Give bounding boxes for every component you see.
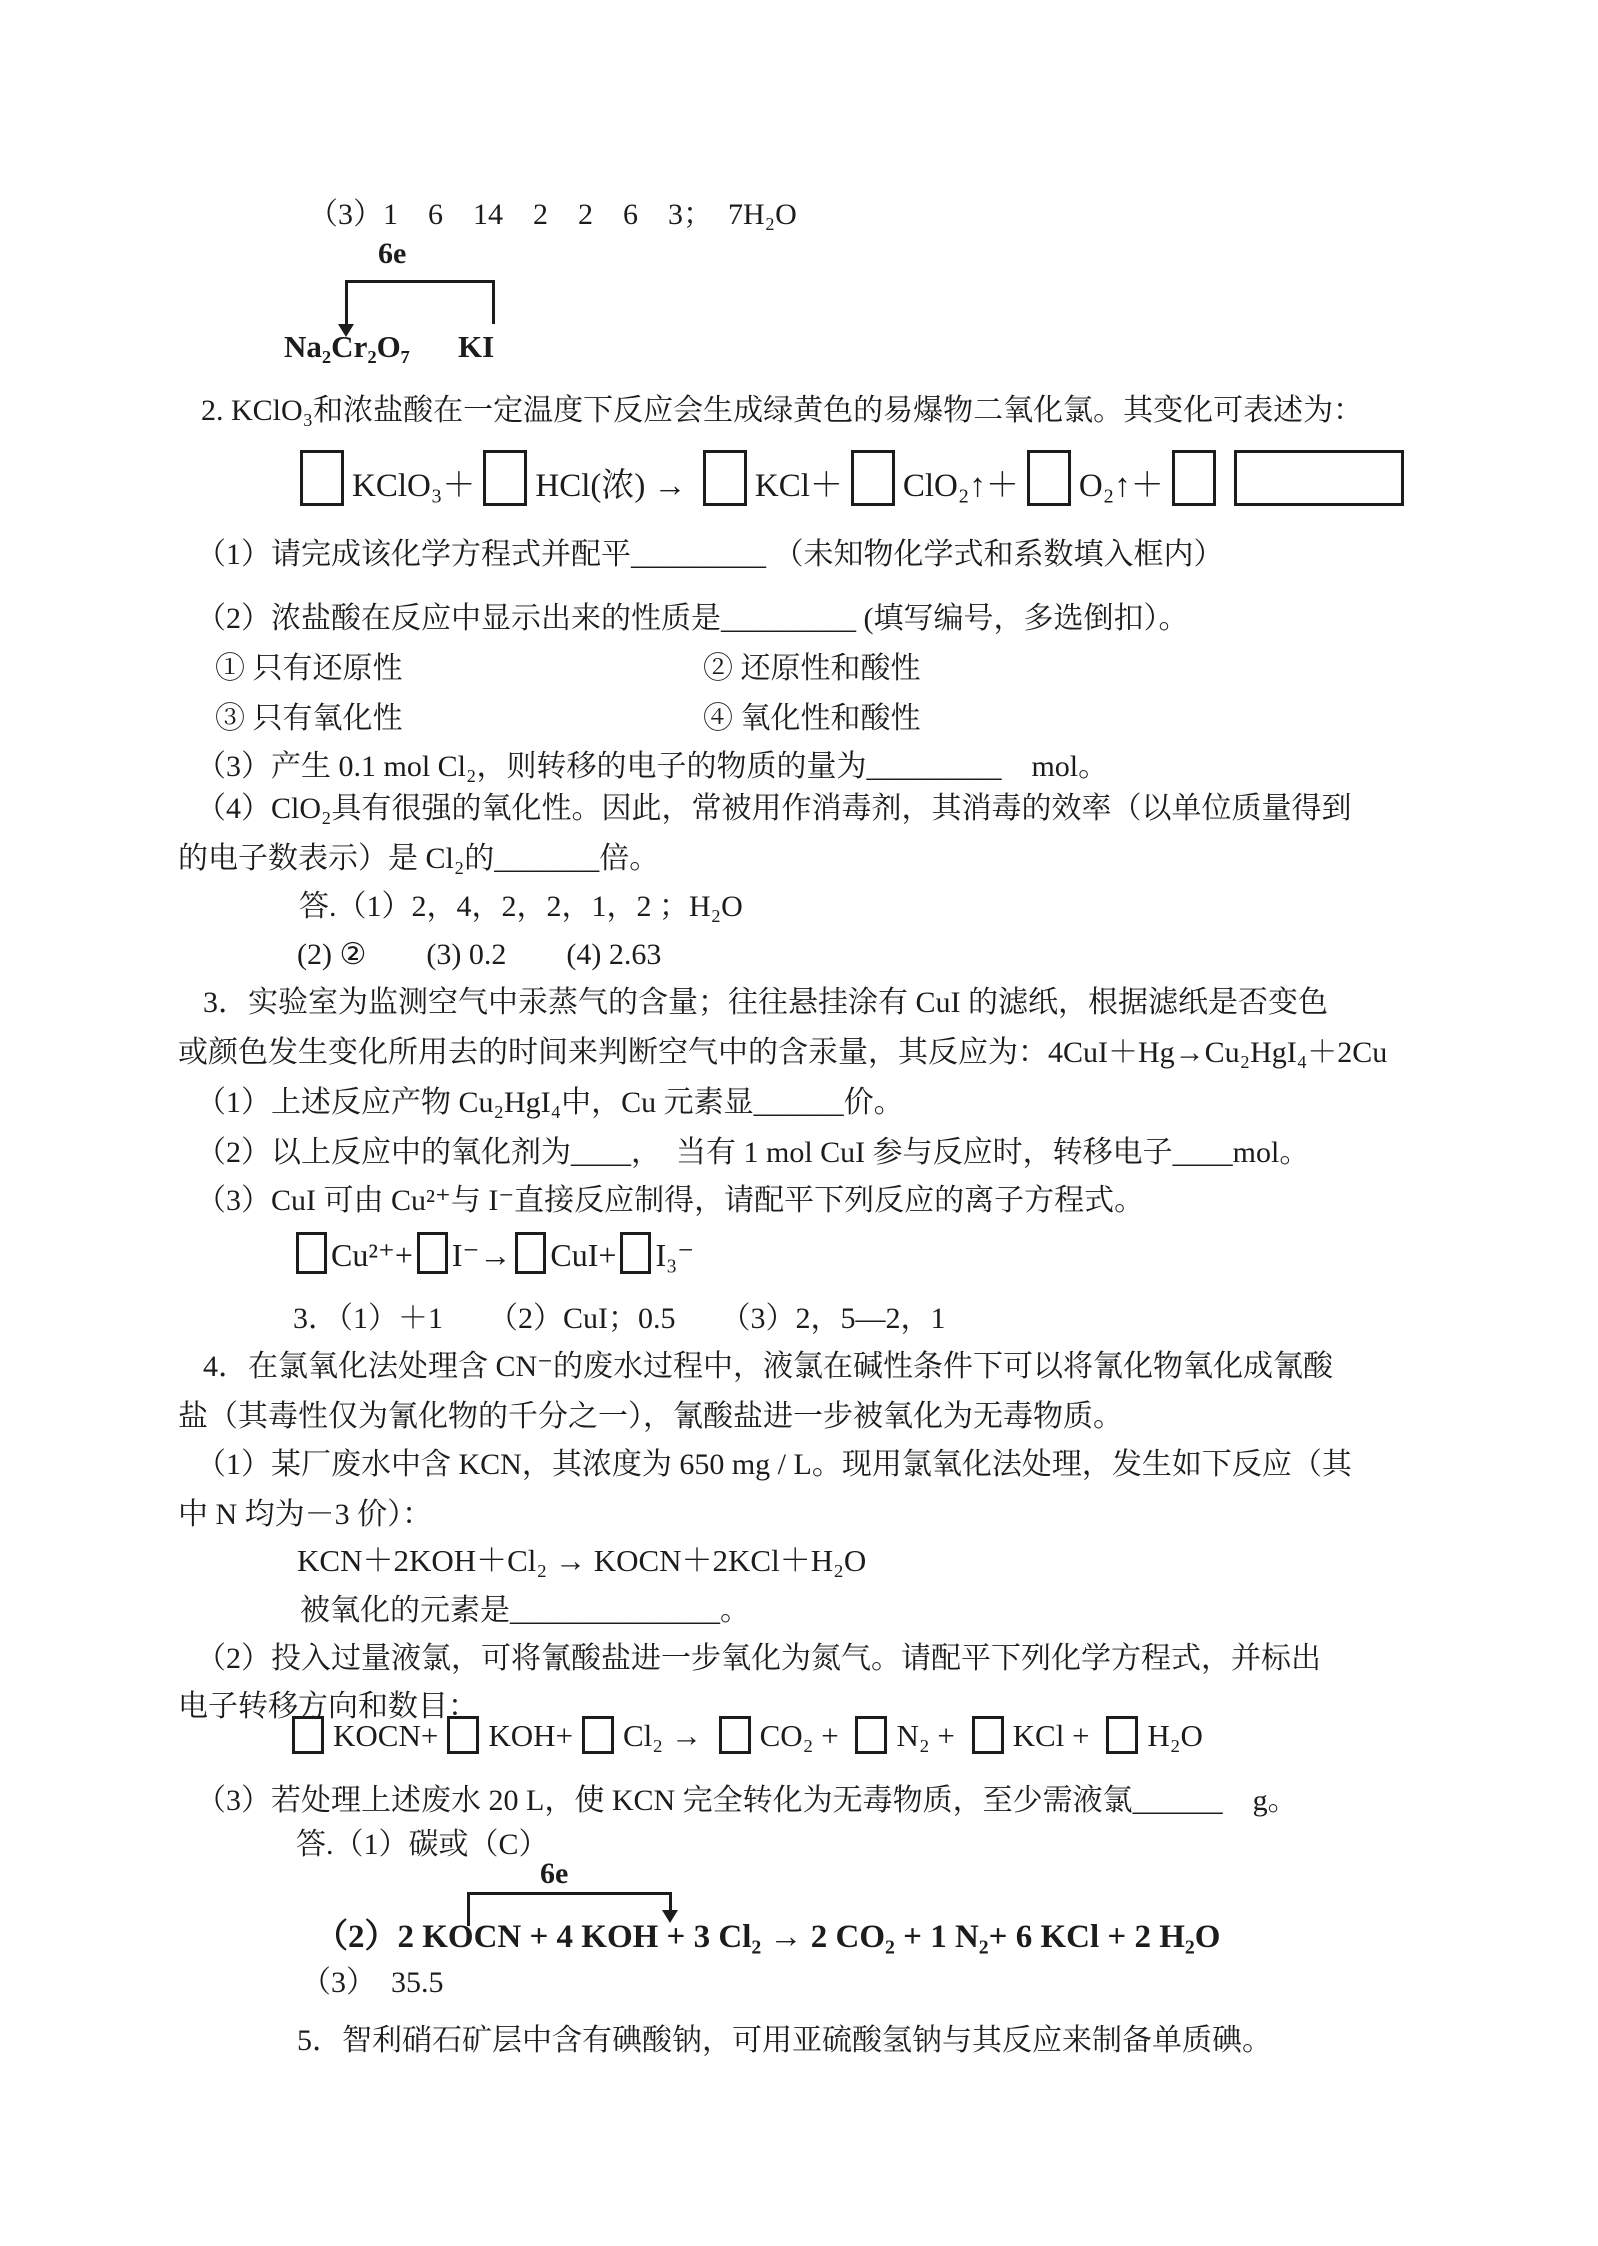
coefficient-box bbox=[719, 1716, 751, 1754]
question4-line1: 4．在氯氧化法处理含 CN⁻的废水过程中，液氯在碱性条件下可以将氰化物氧化成氰酸 bbox=[203, 1348, 1333, 1386]
question3-part3: （3）CuI 可由 Cu²⁺与 I⁻直接反应制得，请配平下列反应的离子方程式。 bbox=[196, 1182, 1144, 1220]
coefficient-box bbox=[1172, 450, 1216, 506]
equation-term: N₂ + bbox=[896, 1718, 962, 1754]
equation-term: Cu²⁺+ bbox=[331, 1236, 413, 1274]
formula-ki: KI bbox=[458, 330, 494, 364]
equation-term: KClO₃＋ bbox=[352, 466, 475, 506]
equation-term: KCl＋ bbox=[755, 466, 843, 506]
coefficient-box bbox=[851, 450, 895, 506]
transfer-right-line bbox=[492, 280, 495, 324]
equation-term: O₂↑＋ bbox=[1079, 466, 1164, 506]
electron-transfer-diagram-1: 6e Na₂Cr₂O₇ KI bbox=[280, 238, 570, 378]
equation-term: KCl + bbox=[1013, 1718, 1098, 1754]
coefficient-box bbox=[417, 1232, 448, 1274]
option-4: ④ 氧化性和酸性 bbox=[703, 700, 921, 738]
question3-part1: （1）上述反应产物 Cu₂HgI₄中，Cu 元素显______价。 bbox=[196, 1084, 904, 1122]
coefficient-box bbox=[292, 1716, 324, 1754]
answer2-line2: (2) ② (3) 0.2 (4) 2.63 bbox=[297, 936, 661, 974]
question2-part1: （1）请完成该化学方程式并配平_________ （未知物化学式和系数填入框内） bbox=[196, 536, 1224, 574]
equation-term: KOCN+ bbox=[333, 1718, 438, 1754]
equation-term: CO₂ + bbox=[760, 1718, 847, 1754]
question2-part4-line1: （4）ClO₂具有很强的氧化性。因此，常被用作消毒剂，其消毒的效率（以单位质量得… bbox=[196, 790, 1351, 828]
answer2-line1: 答.（1）2，4，2，2，1，2 ；H₂O bbox=[299, 888, 743, 926]
answer4-line3: （3） 35.5 bbox=[301, 1964, 444, 2002]
equation-term: HCl(浓) → bbox=[535, 466, 695, 506]
kocn-equation: KOCN+ KOH+ Cl₂ → CO₂ + N₂ + KCl + H₂O bbox=[292, 1716, 1203, 1754]
electron-transfer-diagram-2: 6e （2）2 KOCN + 4 KOH + 3 Cl₂ → 2 CO₂ + 1… bbox=[315, 1858, 1155, 1968]
question2-part3: （3）产生 0.1 mol Cl₂，则转移的电子的物质的量为_________ … bbox=[196, 748, 1108, 786]
unknown-product-box bbox=[1234, 450, 1404, 506]
coefficient-box bbox=[483, 450, 527, 506]
coefficient-box bbox=[300, 450, 344, 506]
coefficient-box bbox=[296, 1232, 327, 1274]
coefficient-box bbox=[447, 1716, 479, 1754]
question3-part2: （2）以上反应中的氧化剂为____， 当有 1 mol CuI 参与反应时，转移… bbox=[196, 1134, 1309, 1172]
equation-term: I⁻→ bbox=[452, 1236, 512, 1274]
option-2: ② 还原性和酸性 bbox=[703, 650, 921, 688]
question4-part1-line1: （1）某厂废水中含 KCN，其浓度为 650 mg / L。现用氯氧化法处理，发… bbox=[196, 1446, 1352, 1484]
coefficient-box bbox=[972, 1716, 1004, 1754]
question4-part3: （3）若处理上述废水 20 L，使 KCN 完全转化为无毒物质，至少需液氯___… bbox=[196, 1782, 1298, 1820]
ion-equation: Cu²⁺+ I⁻→ CuI+ I₃⁻ bbox=[296, 1232, 694, 1274]
question2-part2: （2）浓盐酸在反应中显示出来的性质是_________ (填写编号，多选倒扣）。 bbox=[196, 600, 1189, 638]
question4-part2-line1: （2）投入过量液氯，可将氰酸盐进一步氧化为氮气。请配平下列化学方程式，并标出 bbox=[196, 1640, 1321, 1678]
coefficient-box bbox=[582, 1716, 614, 1754]
answer-coefficients-line: （3）1 6 14 2 2 6 3； 7H₂O bbox=[308, 196, 797, 234]
kcn-equation: KCN＋2KOH＋Cl₂ → KOCN＋2KCl＋H₂O bbox=[297, 1542, 866, 1580]
transfer-bracket-line bbox=[345, 280, 495, 283]
equation-term: KOH+ bbox=[488, 1718, 573, 1754]
question4-line2: 盐（其毒性仅为氰化物的千分之一），氰酸盐进一步被氧化为无毒物质。 bbox=[178, 1398, 1123, 1436]
coefficient-box bbox=[1106, 1716, 1138, 1754]
transfer-right-line bbox=[669, 1892, 672, 1912]
option-3: ③ 只有氧化性 bbox=[215, 700, 403, 738]
answer3-line: 3．（1）＋1 （2）CuI；0.5 （3）2，5—2，1 bbox=[293, 1300, 946, 1338]
question4-oxidized-element-blank: 被氧化的元素是______________。 bbox=[300, 1592, 750, 1630]
question3-line2: 或颜色发生变化所用去的时间来判断空气中的含汞量，其反应为：4CuI＋Hg→Cu₂… bbox=[178, 1034, 1387, 1072]
answer4-balanced-equation: （2）2 KOCN + 4 KOH + 3 Cl₂ → 2 CO₂ + 1 N₂… bbox=[315, 1918, 1220, 1956]
equation-term: ClO₂↑＋ bbox=[903, 466, 1019, 506]
coefficient-box bbox=[620, 1232, 651, 1274]
option-1: ① 只有还原性 bbox=[215, 650, 403, 688]
coefficient-box bbox=[855, 1716, 887, 1754]
equation-term: Cl₂ → bbox=[623, 1718, 710, 1754]
question5-line: 5．智利硝石矿层中含有碘酸钠，可用亚硫酸氢钠与其反应来制备单质碘。 bbox=[297, 2022, 1272, 2060]
question3-line1: 3．实验室为监测空气中汞蒸气的含量；往往悬挂涂有 CuI 的滤纸，根据滤纸是否变… bbox=[203, 984, 1328, 1022]
coefficient-box bbox=[1027, 450, 1071, 506]
electron-count-label: 6e bbox=[378, 238, 406, 270]
electron-count-label: 6e bbox=[540, 1858, 568, 1890]
worksheet-page: （3）1 6 14 2 2 6 3； 7H₂O 6e Na₂Cr₂O₇ KI 2… bbox=[0, 0, 1598, 2246]
coefficient-box bbox=[515, 1232, 546, 1274]
equation-term: H₂O bbox=[1147, 1718, 1203, 1754]
question4-part1-line2: 中 N 均为－3 价）： bbox=[178, 1496, 432, 1534]
equation-term: CuI+ bbox=[550, 1236, 616, 1274]
transfer-left-line bbox=[345, 280, 348, 326]
question2-part4-line2: 的电子数表示）是 Cl₂的_______倍。 bbox=[178, 840, 659, 878]
question2-equation: KClO₃＋ HCl(浓) → KCl＋ ClO₂↑＋ O₂↑＋ bbox=[300, 450, 1404, 506]
equation-term: I₃⁻ bbox=[655, 1236, 694, 1274]
transfer-bracket-line bbox=[467, 1892, 672, 1895]
formula-na2cr2o7: Na₂Cr₂O₇ bbox=[284, 330, 410, 364]
question2-intro: 2. KClO₃和浓盐酸在一定温度下反应会生成绿黄色的易爆物二氧化氯。其变化可表… bbox=[201, 392, 1363, 430]
coefficient-box bbox=[703, 450, 747, 506]
